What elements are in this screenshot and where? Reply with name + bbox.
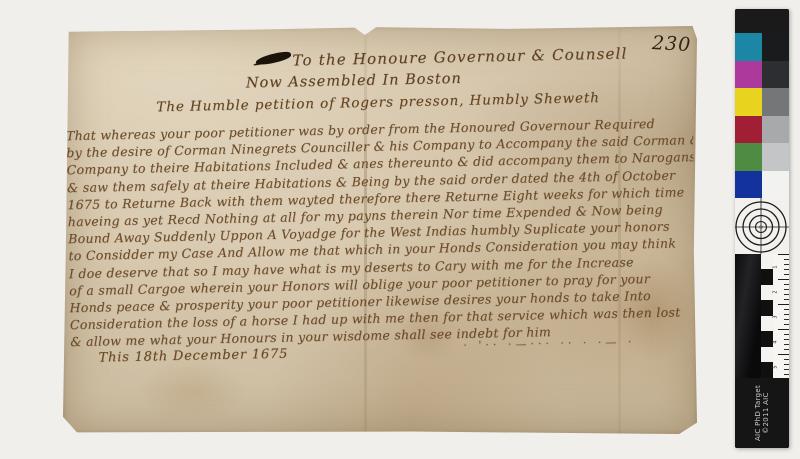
manuscript-paper: 230 To the Honoure Governour & Counsell … (63, 26, 697, 434)
gray-patch (762, 33, 789, 61)
target-footer: AIC PhD Target ©2011 AIC (735, 378, 789, 448)
handwritten-text: To the Honoure Governour & Counsell Now … (59, 18, 701, 439)
ruler-scale: 12345 (773, 254, 789, 378)
ruler-number: 3 (773, 315, 779, 318)
date-line: This 18th December 1675 (98, 347, 288, 366)
target-label: AIC PhD Target ©2011 AIC (754, 385, 770, 441)
gray-patch (762, 143, 789, 171)
ruler-section: 12345 (735, 254, 789, 378)
ruler-number: 2 (773, 290, 779, 293)
color-patch (735, 33, 762, 61)
gray-patch (762, 88, 789, 116)
ruler-number: 4 (773, 340, 779, 343)
gray-patch (762, 61, 789, 89)
calibration-target: 12345 AIC PhD Target ©2011 AIC (735, 9, 789, 448)
gloss-black-patch (735, 254, 761, 378)
resolution-target-icon (735, 198, 789, 254)
petition-body: That whereas your poor petitioner was by… (66, 114, 698, 351)
heading-line-2: Now Assembled In Boston (246, 71, 462, 92)
target-black-header (735, 9, 789, 33)
gray-patch (762, 116, 789, 144)
color-patch-grid (735, 33, 789, 198)
ruler-number: 5 (773, 365, 779, 368)
ink-blot (255, 50, 292, 66)
heading-line-3: The Humble petition of Rogers presson, H… (156, 90, 600, 115)
target-name-text: AIC PhD Target (754, 385, 762, 441)
ruler-number: 1 (773, 265, 779, 268)
photo-stage: 230 To the Honoure Governour & Counsell … (0, 0, 800, 459)
checker-column (761, 254, 773, 378)
gray-patch (762, 171, 789, 199)
color-patch (735, 143, 762, 171)
target-copyright-text: ©2011 AIC (762, 385, 770, 441)
color-patch (735, 171, 762, 199)
color-patch (735, 61, 762, 89)
color-patch (735, 116, 762, 144)
color-patch (735, 88, 762, 116)
heading-line-1: To the Honoure Governour & Counsell (292, 44, 628, 69)
